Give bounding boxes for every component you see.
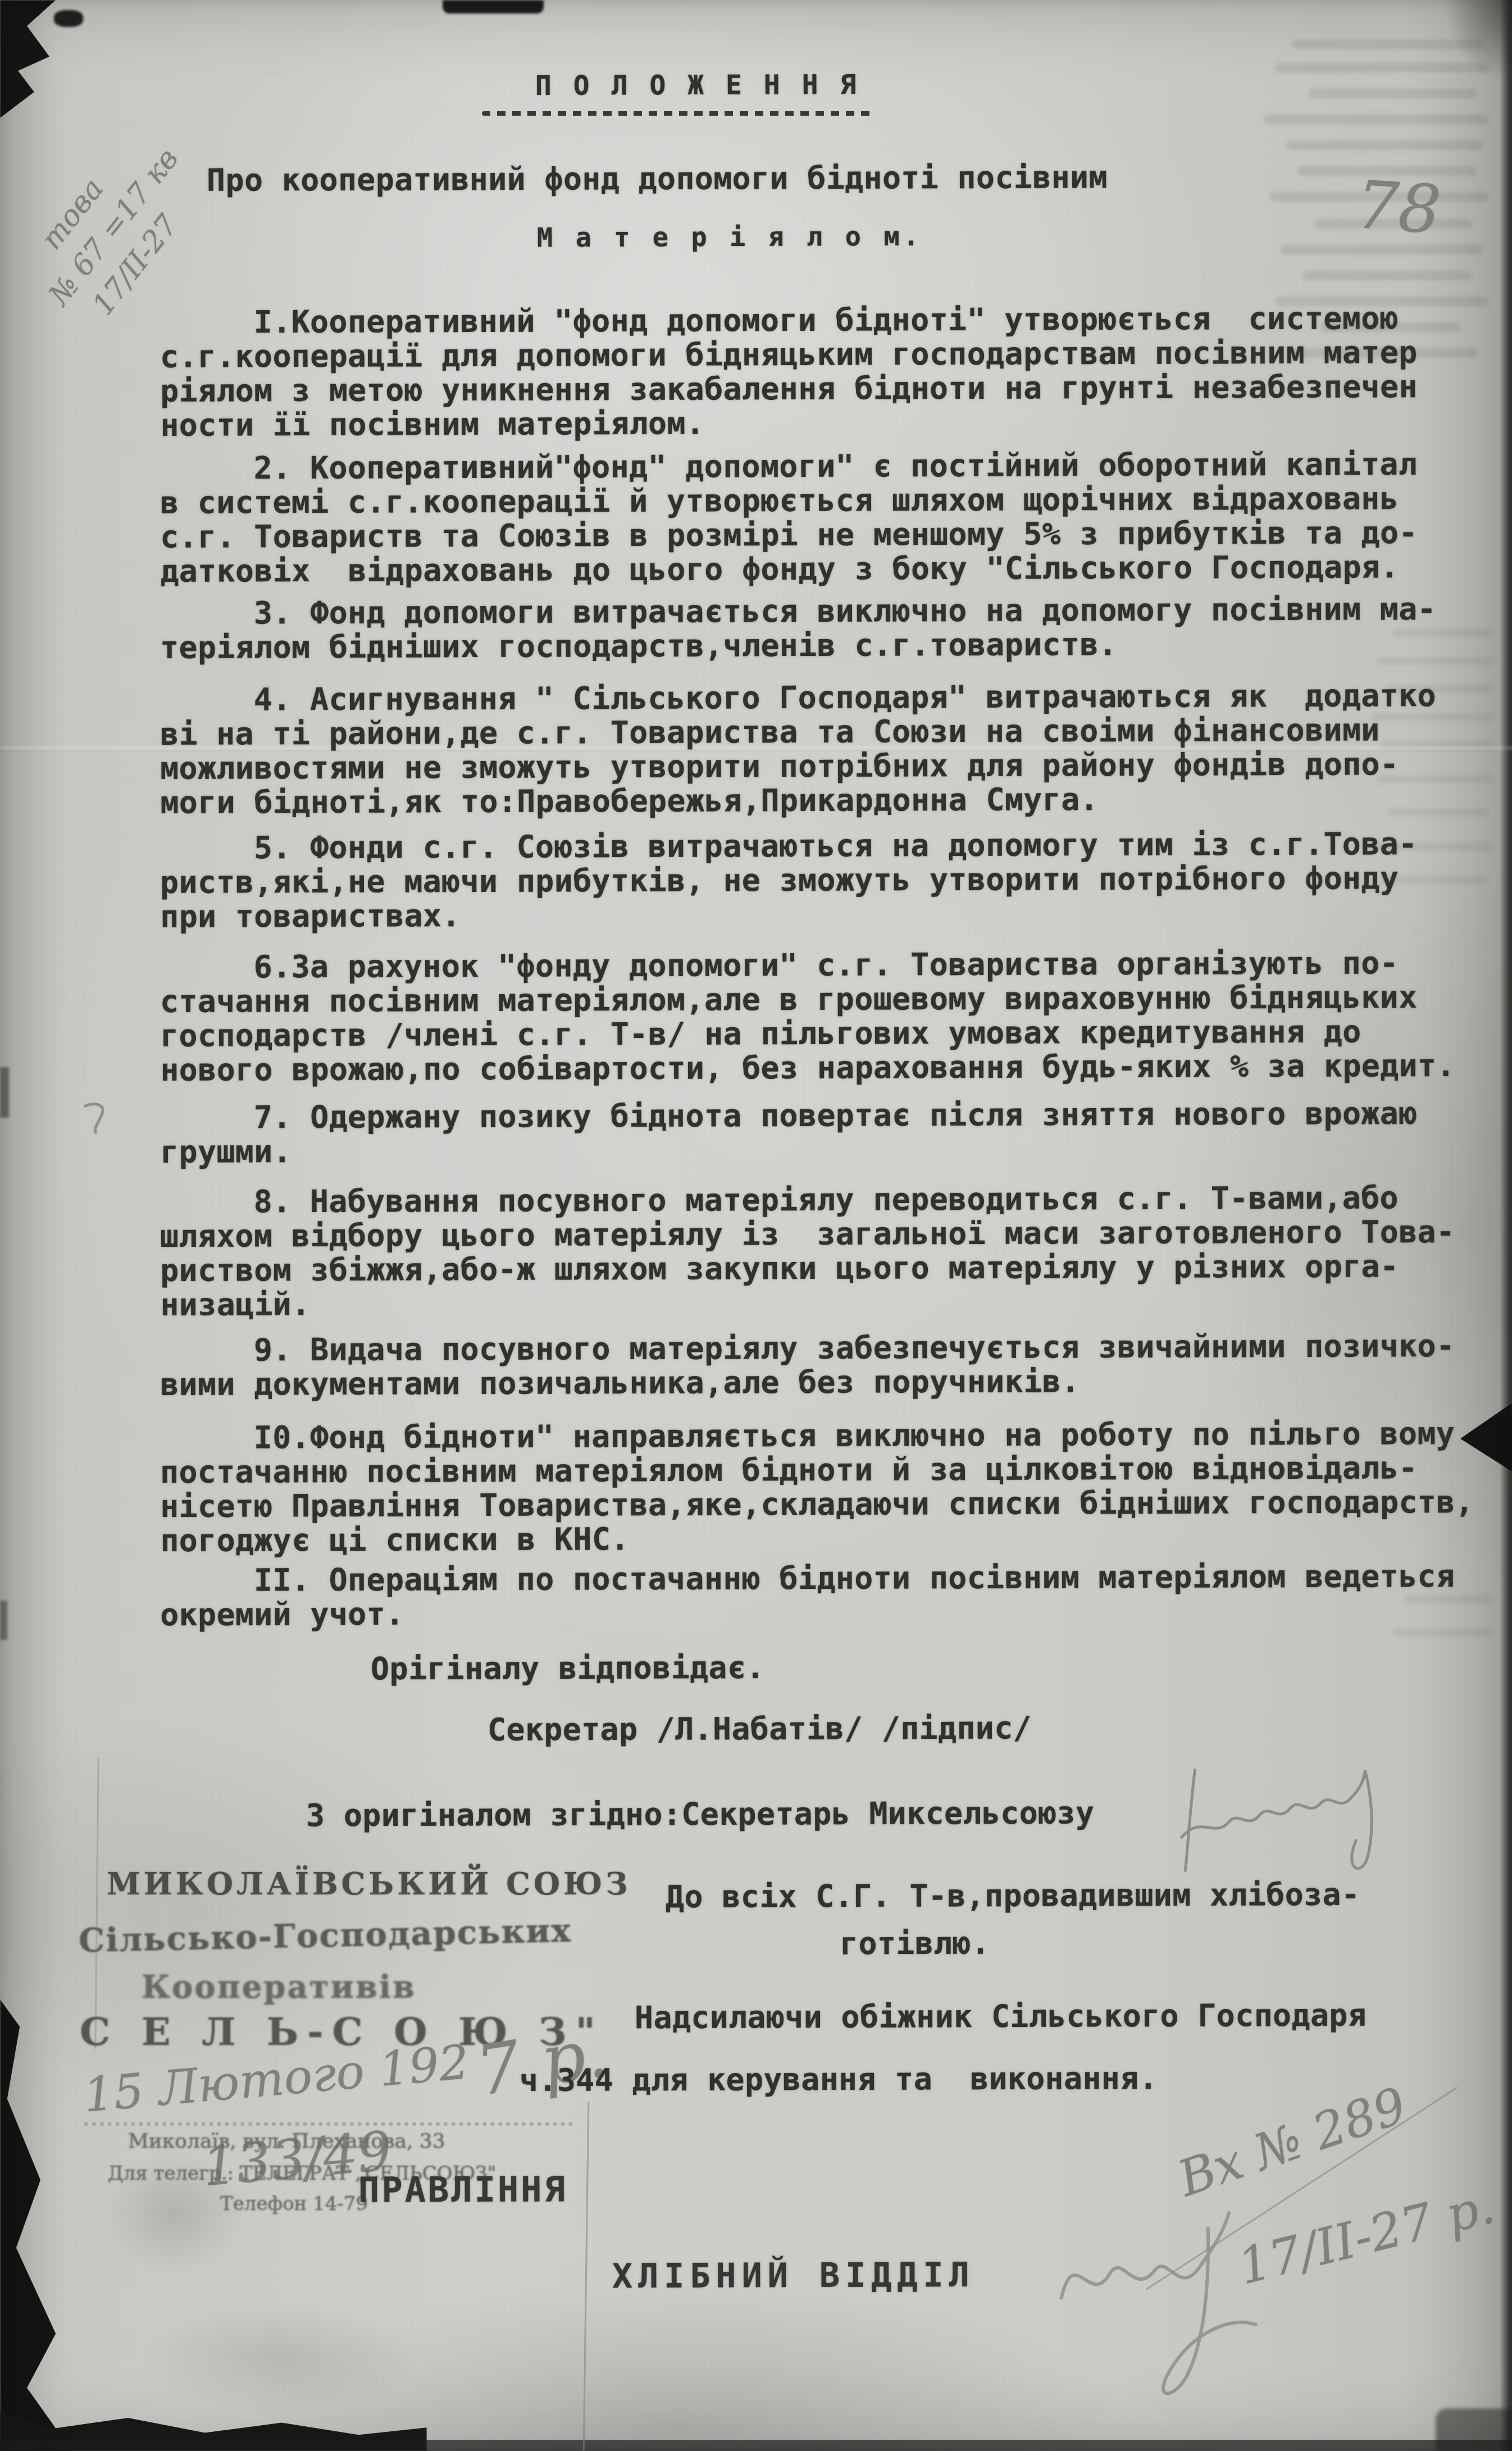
paper-damage-left-nick [0,1067,9,1118]
paper-damage-bottom-right [1436,2408,1512,2451]
cover-note-line-2: ч.344 для керування та виконання. [520,2061,1158,2098]
paper-stain [140,2303,421,2415]
paper-damage-bottom-left [0,1999,90,2451]
paragraph-4: 4. Асигнування " Сільського Господаря" в… [160,678,1437,820]
letterhead-address-line-1: Миколаїв, вул. Плеханова, 33 [128,2130,445,2153]
title-underline [482,111,875,116]
department-signature [1021,2180,1328,2425]
paragraph-1: І.Кооперативний "фонд допомоги бідноті" … [160,301,1418,443]
pencil-checkmark [80,1099,113,1138]
bleed-through-line [1281,245,1483,254]
secretary-line: Секретар /Л.Набатів/ /підпис/ [488,1711,1032,1747]
authenticity-line: Орігіналу відповідає. [371,1651,765,1686]
addressee-line-2: готівлю. [840,1926,990,1961]
pencil-stroke-vertical [583,2102,590,2451]
subject-line: Про кооперативний фонд допомоги бідноті … [207,160,1108,198]
letterhead-org-line-2: Сільсько-Господарських [78,1911,572,1960]
paper-stain [101,2151,247,2275]
board-label: ПРАВЛІННЯ [358,2172,567,2207]
letterhead-org-line-3: Кооперативів [142,1969,416,2006]
paper-damage-left-nick [0,1601,7,1640]
document-title: П О Л О Ж Е Н Н Я [535,68,859,103]
paper-edge-right [1500,0,1512,2451]
bleed-through-line [1309,89,1477,98]
paper-edge-bottom [0,2440,1512,2451]
paper-damage-spot [54,10,83,27]
paragraph-5: 5. Фонди с.г. Союзів витрачаються на доп… [160,827,1418,934]
copy-certification-line: З оригіналом згідно:Секретарь Миксельсою… [306,1796,1095,1833]
handwritten-page-number: 78 [1354,166,1443,249]
pencil-stroke-left-margin [94,1757,99,2049]
bleed-through-line [1286,140,1483,150]
paragraph-6: 6.За рахунок "фонду допомоги" с.г. Товар… [160,946,1455,1087]
subject-line-2: М а т е р і я л о м. [537,220,922,255]
paragraph-7: 7. Одержану позику біднота повертає післ… [160,1096,1418,1169]
paragraph-9: 9. Видача посувного матеріялу забезпечує… [160,1329,1455,1402]
scanned-document-page: 78 това № 67 =17 кв 17/ІІ-27 П О Л О Ж Е… [0,0,1512,2451]
paragraph-8: 8. Набування посувного матеріялу перевод… [160,1181,1455,1322]
paragraph-10: І0.Фонд бідноти" направляється виключно … [160,1416,1474,1558]
paragraph-2: 2. Кооперативний"фонд" допомоги" є пості… [160,447,1418,589]
paragraph-11: ІІ. Операціям по постачанню бідноти посі… [160,1559,1455,1632]
bleed-through-line [1393,1629,1494,1637]
bleed-through-line [1303,271,1472,280]
department-label: ХЛІБНИЙ ВІДДІЛ [612,2258,975,2294]
cover-note-line-1: Надсилаючи обіжник Сільського Господаря [635,1998,1367,2035]
bleed-through-line [1264,115,1488,124]
letterhead-org-line-1: МИКОЛАЇВСЬКИЙ СОЮЗ [107,1866,631,1902]
paper-damage-top-edge [443,0,544,13]
paragraph-3: 3. Фонд допомоги витрачається виключно н… [160,592,1436,665]
addressee-line-1: До всіх С.Г. Т-в,провадившим хлібоза- [666,1878,1360,1914]
